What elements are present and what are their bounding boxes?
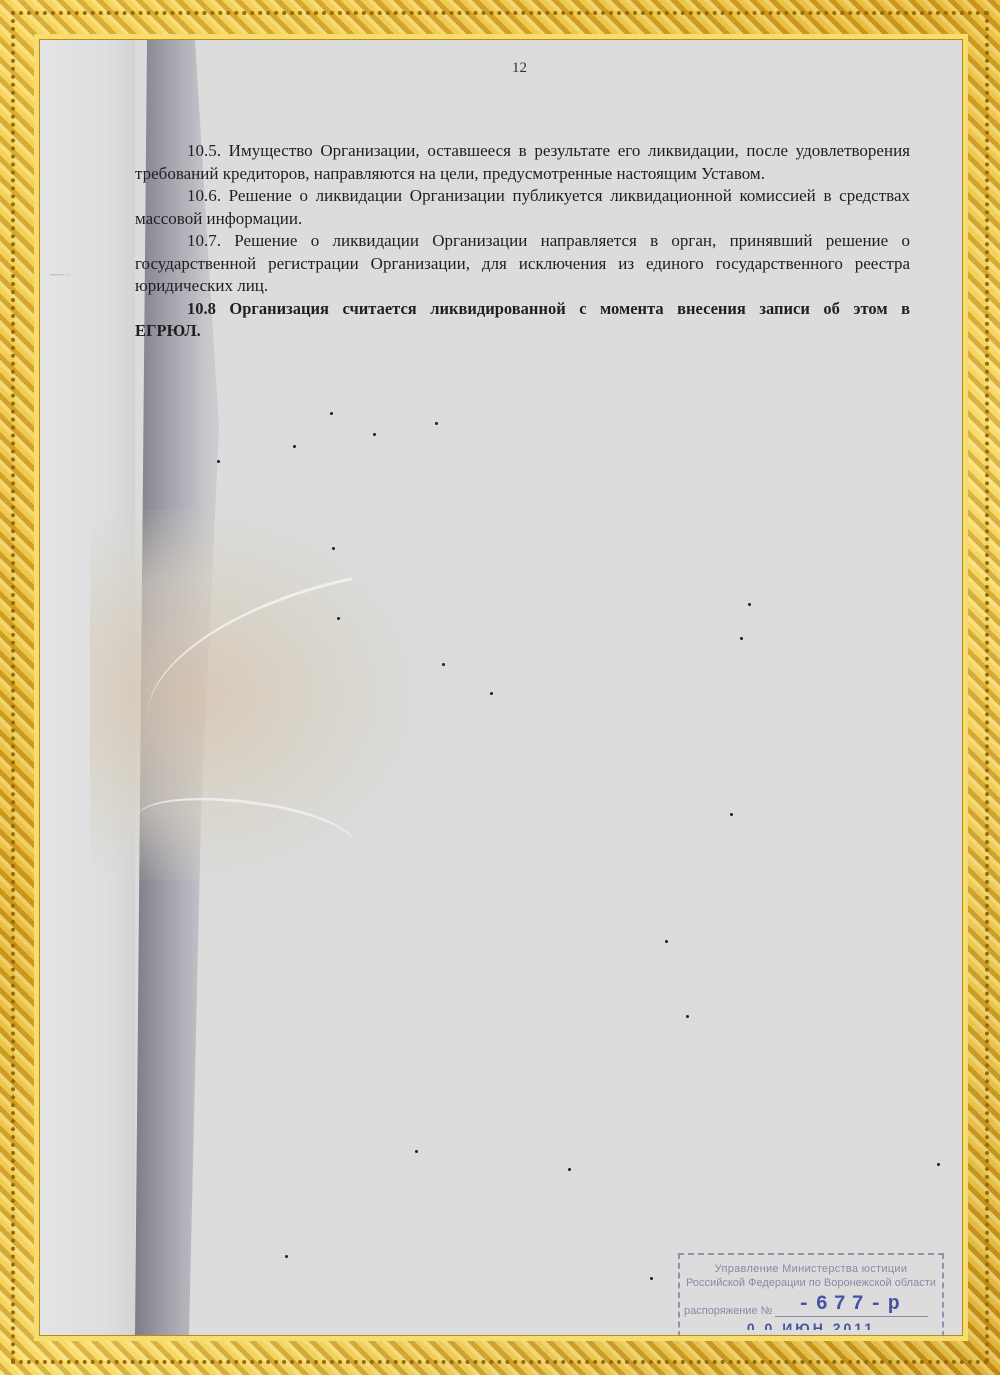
page-number: 12 [512,60,527,77]
paragraph-10-6: 10.6. Решение о ликвидации Организации п… [135,185,910,230]
paragraph-10-5: 10.5. Имущество Организации, оставшееся … [135,140,910,185]
stamp-authority-line2: Российской Федерации по Воронежской обла… [680,1277,942,1289]
stamp-order-number: -677-р [775,1293,928,1317]
stamp-date: 0.0 ИЮН 2011 [680,1320,942,1330]
registration-stamp: Управление Министерства юстиции Российск… [678,1253,944,1335]
stamp-authority-line1: Управление Министерства юстиции [680,1263,942,1275]
paragraph-10-8: 10.8 Организация считается ликвидированн… [135,298,910,343]
paragraph-10-7: 10.7. Решение о ликвидации Организации н… [135,230,910,298]
bleed-through-mark: ~~~ · [50,270,69,280]
stamp-order-label: распоряжение № [684,1305,772,1317]
document-body: 10.5. Имущество Организации, оставшееся … [135,140,910,343]
document-page: ~~~ · 12 10.5. Имущество Организации, ос… [40,40,962,1335]
